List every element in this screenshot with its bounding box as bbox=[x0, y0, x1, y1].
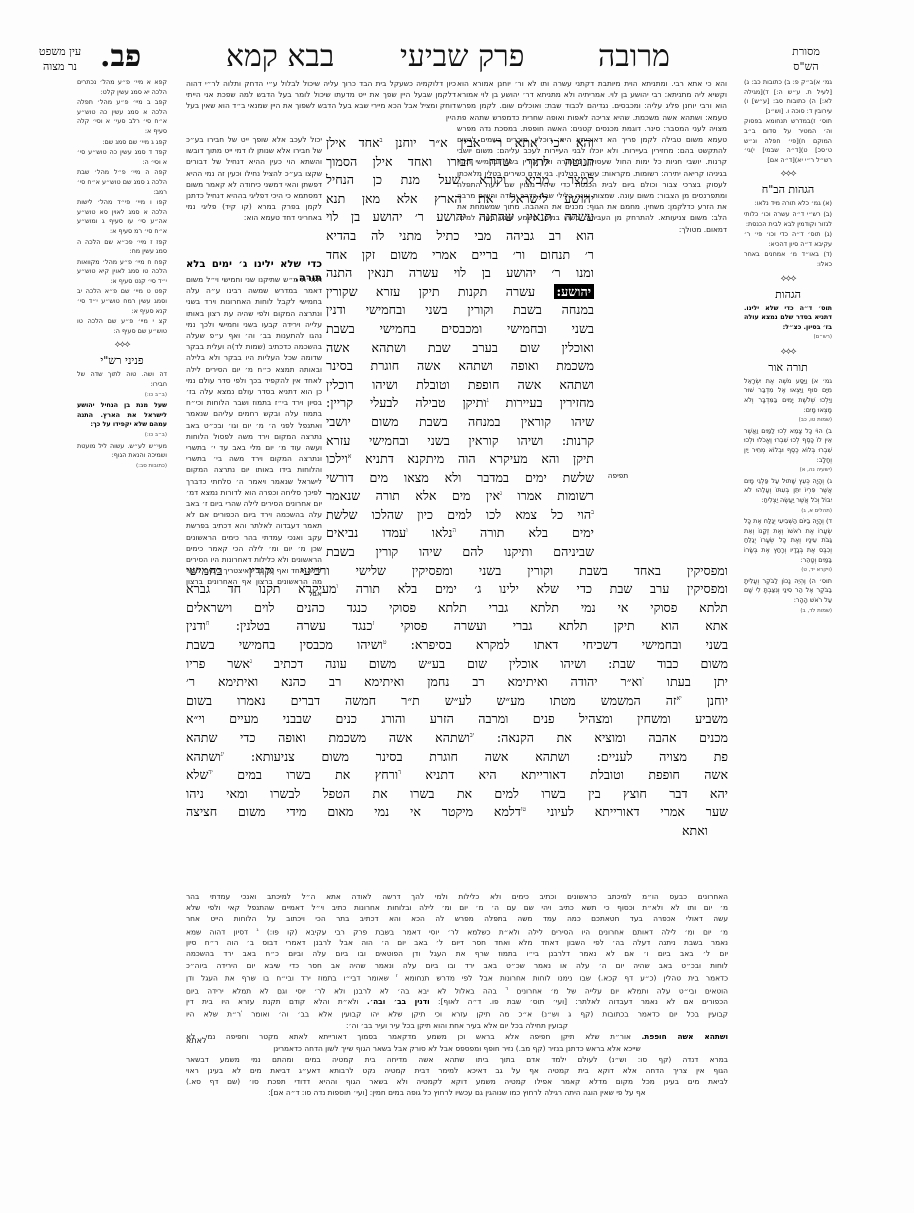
ein-mishpat-column: קפא א מיי׳ פ״ע מהל׳ נכתרים הלכה יא סמג ע… bbox=[77, 78, 167, 472]
tosafot-bottom: האחרונים כבעס הו״מ למיכתב כראשונים וכתיב… bbox=[186, 891, 728, 1099]
folio-number: פב. bbox=[100, 42, 141, 72]
torah-or-source: (ישעיה נה, א) bbox=[744, 466, 832, 476]
footnote-marker: ה bbox=[453, 527, 456, 534]
ein-mishpat-entry: קפו ו מיי׳ פי״ד מהל׳ לישות הלכה א סמג לא… bbox=[77, 198, 167, 236]
gemara-line: והא אכי אתא ר׳ אבין א״ר יוחנן באחד אילן bbox=[326, 134, 594, 153]
tosafot-bottom-line: הגוף אין צריך הדחה אלא דוקא בית קמטיה אף… bbox=[186, 1065, 728, 1076]
tosafot-bottom-line: קבועין תחילה בכל יום אלא בעיר אחת והוא ת… bbox=[186, 1020, 728, 1031]
tosafot-text-2: ולא״ת מ״ש שתיקנו שני וחמישי וי״ל משום דא… bbox=[186, 275, 322, 598]
ein-mishpat-entry: קצ י מיי׳ פ״ע שם הלכה טו טוש״ע שם סעיף ה… bbox=[77, 317, 167, 336]
masoret-label-1: מסורת bbox=[776, 44, 836, 59]
footnote-marker: ד bbox=[505, 986, 508, 992]
footnote-marker: י bbox=[241, 1009, 242, 1015]
gemara-line: פת מצויה לעניים: ושתהא אשה חוגרת בסינר מ… bbox=[186, 748, 728, 767]
tosafot-bottom-line: מ׳ יום ותו לא ולא״ת וכסוף כי תשא כתיב וי… bbox=[186, 902, 728, 913]
pninei-rashi-entry: מעי״ש לע״ש. עשוה ליל מועטת ושמיכה והנאת … bbox=[77, 442, 167, 461]
ein-mishpat-entry: קפח ח מיי׳ פ״ע מהל׳ מקוואות הלכה טו סמג … bbox=[77, 258, 167, 287]
gemara-line: ומפסיקין באחד בשבת וקורין בשני ומפסיקין … bbox=[186, 562, 728, 581]
gemara-line: יהושע: עשרה תקנות תיקן עזרא שקורין bbox=[326, 283, 594, 302]
gemara-line: יוחנן יאזה המשמש מטתו מע״ש לע״ש ת״ר חמשה… bbox=[186, 692, 728, 711]
torah-or-source: (שמות לד, ב) bbox=[744, 607, 832, 617]
gemara-line: שיהו קוראין במנחה בשבת משום יושבי bbox=[326, 413, 594, 432]
footnote-marker: א bbox=[560, 137, 564, 144]
footnote-marker: ו bbox=[406, 527, 408, 534]
gemara-line: בשני ובחמישי דשכיחי דאתו למקרא בסיפרא: ט… bbox=[186, 636, 728, 655]
ein-mishpat-entry: קפב ב מיי׳ פ״ע מהל׳ תפלה הלכה א סמג עשין… bbox=[77, 98, 167, 136]
gemara-line: מחזירין בעיירות גותיקן טבילה לבעלי קריין… bbox=[326, 394, 594, 413]
hagahot-bach-entry: (ג) תוס׳ ד״ה כדי וכו׳ פי׳ ר׳ עקיבא ד״ה ס… bbox=[744, 230, 832, 249]
pninei-rashi-source: (ב״ב כו:) bbox=[77, 431, 167, 441]
footnote-marker: ח bbox=[206, 620, 210, 627]
ein-mishpat-label-1: עין משפט bbox=[30, 44, 90, 59]
tosafot-text: יכול לעכב אלא שופך ייט של חבירו בע״כ של … bbox=[186, 135, 322, 222]
hagahot-source: (רש״ם) bbox=[744, 333, 832, 343]
pninei-rashi-source: (ב״ב כו:) bbox=[77, 391, 167, 401]
gemara-line: עשרה תנאין שהתנה יהושע ר׳ יהושע בן לוי bbox=[326, 208, 594, 227]
gemara-line: קרנות: ושיהו קוראין בשני ובחמישי עזרא bbox=[326, 432, 594, 451]
ein-mishpat-entry: קפד ד סמג עשין כה טוש״ע סי׳ א וסי׳ ה: bbox=[77, 148, 167, 167]
footnote-marker: ד bbox=[398, 769, 401, 776]
tosafot-bottom-line: הכפורים אם לא נאמר דעבדוה לאלתר: [ועי׳ ת… bbox=[186, 996, 728, 1007]
torah-or-entry: ג) וְהָיָה כְּעֵץ שָׁתוּל עַל פַּלְגֵי מ… bbox=[744, 477, 832, 506]
tosafot-bottom-line: לוחות ובכ״ט באב שהיה יום ה׳ עלה או נאמר … bbox=[186, 960, 728, 971]
ornament-divider: ⟡⟡⟡ bbox=[744, 347, 832, 357]
hagahot-entry: תוס׳ ד״ה כדי שלא ילינו. דתניא בסדר שלם נ… bbox=[744, 304, 832, 333]
footnote-marker: יא bbox=[677, 695, 682, 702]
tosafot-bottom-line: הוטאים ובי״ט עלה ותמלא יום עלייה של מ׳ א… bbox=[186, 984, 728, 997]
gemara-line: משום כבוד שבת: ושיהו אוכלין שום בע״ש משו… bbox=[186, 655, 728, 674]
tosafot-bottom-line: כדאמר בית טהלין (כ״ע דף קכא.) שבו נימנו … bbox=[186, 971, 728, 984]
gemara-line: משביע ומשחין ומצהיל פנים ומרבה הזרע והור… bbox=[186, 710, 728, 729]
masoret-label-2: הש"ס bbox=[776, 59, 836, 74]
tosafot-top: כיון דלוקמיה כשעקל בית הבד כרוך עליה שיכ… bbox=[186, 78, 456, 134]
footnote-marker: ג bbox=[500, 490, 502, 497]
footnote-marker: יב bbox=[470, 732, 474, 739]
ornament-divider: ⟡⟡⟡ bbox=[744, 274, 832, 284]
ein-mishpat-label-2: נר מצוה bbox=[30, 59, 90, 74]
torah-or-entry: ד) וְהָיָה בַיּוֹם הַשְּׁבִיעִי יְגַלַּח… bbox=[744, 517, 832, 565]
gemara-line: יהושע לישראל את הארץ אלא מאן תנא bbox=[326, 190, 594, 209]
gemara-line: הנוטה לתוך שדה חבירו ואחד אילן הסמוך bbox=[326, 153, 594, 172]
torah-or-source: (ויקרא יד, ט) bbox=[744, 566, 832, 576]
gemara-line: למצר מביא וקורא שעל מנת כן הנחיל bbox=[326, 171, 594, 190]
gemara-line: רשומות אמרו גאין מים אלא תורה שנאמר bbox=[326, 487, 594, 506]
gemara-highlight-word: יהושע: bbox=[554, 284, 594, 299]
torah-or-source: (שמות טו, כב) bbox=[744, 416, 832, 426]
gemara-line: אתא הוא תיקן תלתא גברי ועשרה פסוקי זכנגד… bbox=[186, 617, 728, 636]
gemara-line: ואוכלין שום בערב שבת ושתהא אשה bbox=[326, 339, 594, 358]
gemara-line: במנחה בשבת וקורין בשני ובחמישי ודנין bbox=[326, 301, 594, 320]
masoret-entry: תוס׳ ז)במדרש תנחומא בפסוק וה׳ המטיר על ס… bbox=[744, 117, 832, 165]
hagahot-bach-entry: (ב) רש״י ד״ה עשרה וכו׳ כלותי לגזור וקודמ… bbox=[744, 210, 832, 229]
tosafot-text-top: כיון דלוקמיה כשעקל בית הבד כרוך עליה שיכ… bbox=[186, 79, 456, 122]
dibbur-hamatchil: ודנין בב׳ ובה׳. bbox=[367, 997, 430, 1006]
tosafot-bottom-line: לביאת מים בעינן מכל מקום מדלא קאמר אפילו… bbox=[186, 1076, 728, 1087]
gemara-line: משכמת ואופה ושתהא אשה חוגרת בסינר bbox=[326, 357, 594, 376]
footnote-marker: ז bbox=[373, 620, 375, 627]
torah-or-entry: תוס׳ ה) וֶהְיֵה נָכוֹן לַבֹּקֶר וְעָלִית… bbox=[744, 577, 832, 606]
dibbur-hamatchil: ושתהא אשה חופפת. bbox=[641, 1032, 728, 1041]
gemara-line: בשני ובחמישי ומכבסים בחמישי בשבת bbox=[326, 320, 594, 339]
tosafot-bottom-line: במרא דנדה (קף סו: וש״נ) לעולם ילמד אדם ב… bbox=[186, 1054, 728, 1065]
footnote-marker: י bbox=[642, 676, 644, 683]
footnote-marker: ב bbox=[591, 509, 594, 516]
masoret-entry: גמ׳ א)ב״ק פ: ב) כתובות כב: ג)[לעיל ת. ע״… bbox=[744, 78, 832, 116]
gemara-line: יתן בעתו יוא״ר יהודה ואיתימא רב נחמן ואי… bbox=[186, 673, 728, 692]
gemara-line: ר׳ תנחום ור׳ בריים אמרי משום זקן אחד bbox=[326, 246, 594, 265]
gemara-line: שביניהם ותיקנו להם שיהו קורין בשבת bbox=[326, 543, 594, 562]
ein-mishpat-entry: קפז ז מיי׳ פכ״א שם הלכה ה סמג עשין מח: bbox=[77, 238, 167, 257]
ein-mishpat-entry: קפה ה מיי׳ פ״ל מהל׳ שבת הלכה ג סמג שם טו… bbox=[77, 168, 167, 197]
footnote-marker: ז bbox=[396, 973, 398, 979]
tosafot-bottom-line: האחרונים כבעס הו״מ למיכתב כראשונים וכתיב… bbox=[186, 891, 728, 902]
ein-mishpat-entry: קפט ט מיי׳ שם פ״א הלכה יב וסמג עשין רמח … bbox=[77, 287, 167, 316]
torah-or-source: (תהלים א, ג) bbox=[744, 507, 832, 517]
pninei-rashi-source: (כתובות סב:) bbox=[77, 462, 167, 472]
footnote-marker: ב bbox=[380, 137, 383, 144]
gemara-line: אשה חופפת וטובלת דאורייתא היא דתניא דורח… bbox=[186, 766, 728, 785]
rashi-catchword: תפיפה bbox=[598, 470, 638, 481]
gemara-line: בהוי כל צמא לכו למים כיון שהלכו שלשת bbox=[326, 506, 594, 525]
footnote-marker: ג bbox=[250, 657, 252, 664]
pninei-rashi-entry: דה ושה. טוה לתוך שדה של חבירו: bbox=[77, 370, 167, 389]
tractate-name: בבא קמא bbox=[226, 42, 334, 72]
masoret-hashas-column: גמ׳ א)ב״ק פ: ב) כתובות כב: ג)[לעיל ת. ע״… bbox=[744, 78, 832, 617]
chapter-number: פרק שביעי bbox=[400, 42, 524, 72]
gemara-line: יהא דבר חוצץ בין בשרו למים את בשרו את הט… bbox=[186, 785, 728, 804]
gemara-line: ומנו ר׳ יהושע בן לוי עשרה תנאין התנה bbox=[326, 264, 594, 283]
hagahot-title: הגהות bbox=[744, 287, 832, 303]
chapter-title: מרובה bbox=[598, 42, 670, 72]
gemara-line: ואתא bbox=[166, 822, 728, 841]
tosafot-bottom-line: נאמר בשבת ניתנה דעלה בה׳ לפי השבון דאחד … bbox=[186, 937, 728, 948]
hagahot-bach-entry: (ד) באו״ד מ׳ אמחנים באחר כאלו: bbox=[744, 250, 832, 269]
footnote-marker: ט bbox=[383, 639, 387, 646]
gemara-line: ומפסיקין ערב שבת כדי שלא ילינו ג׳ ימים ב… bbox=[186, 580, 728, 599]
tosafot-bottom-line: עשה דאולי אכפרה בעד חטאתכם כמה עמד משה ב… bbox=[186, 913, 728, 924]
gemara-line: תלתא פסוקי אי נמי תלתא גברי תלתא פסוקי כ… bbox=[186, 599, 728, 618]
footnote-marker: יג bbox=[221, 750, 225, 757]
hagahot-bach-entry: (א) גמ׳ כלא תורה מיד נלאו: bbox=[744, 199, 832, 209]
tosafot-bottom-line: מ׳ יום ומ׳ לילה דאותם אחרונים היו הסירים… bbox=[186, 925, 728, 938]
torah-or-entry: גמ׳ א) וַיַּסַּע מֹשֶׁה אֶת יִשְׂרָאֵל מ… bbox=[744, 377, 832, 415]
tosafot-bottom-line: אף על פי שאין הוגה היתה רגילה לרחוץ כמו … bbox=[186, 1087, 728, 1098]
gemara-text: והא אכי אתא ר׳ אבין א״ר יוחנן באחד אילןה… bbox=[326, 134, 594, 841]
gemara-line: שער אמרי דאורייתא לעיוני טודלמא מיקטר אי… bbox=[186, 803, 728, 822]
gemara-line: ימים בלא תורה הנלאו ועמדו נביאים bbox=[326, 524, 594, 543]
tosafot-column: יכול לעכב אלא שופך ייט של חבירו בע״כ של … bbox=[186, 134, 322, 256]
tosafot-bottom-line: יום ל׳ באב ביום ו׳ אם לא נאמר דלרבנן בי״… bbox=[186, 948, 728, 959]
gemara-line: הוא רב גביהה מבי כתיל מתני לה בהדיא bbox=[326, 227, 594, 246]
ein-mishpat-header: עין משפט נר מצוה bbox=[30, 44, 90, 74]
gemara-line: תיקן והא מעיקרא הוה מיתקנא דתניא אוילכו bbox=[326, 450, 594, 469]
gemara-line: שלשת ימים במדבר ולא מצאו מים דורשי bbox=[326, 469, 594, 488]
footnote-marker: א bbox=[348, 453, 352, 460]
tosafot-bottom-line: קבועין בכל יום כדאמר בכתובות (קף ג וש״נ)… bbox=[186, 1007, 728, 1020]
gemara-line: מכנים אהבה ומוציא את הקנאה: יבושתהא אשה … bbox=[186, 729, 728, 748]
footnote-marker: ג bbox=[487, 397, 489, 404]
tosafot-bottom-line: ושתהא אשה חופפת. אור״ת שלא תיקן חפיפה אל… bbox=[186, 1031, 728, 1042]
page-catchword: לאתא bbox=[186, 1036, 207, 1045]
gemara-line: ושתהא אשה חופפת וטובלת ושיהו רוכלין bbox=[326, 376, 594, 395]
masoret-hashas-header: מסורת הש"ס bbox=[776, 44, 836, 74]
ein-mishpat-entry: קפג ג מיי׳ שם סמג שם: bbox=[77, 138, 167, 148]
pninei-rashi-entry: שעל מנת בן הנחיל יהושע לישראל את הארץ. ה… bbox=[77, 401, 167, 430]
torah-or-title: תורה אור bbox=[744, 360, 832, 376]
footnote-marker: טו bbox=[521, 806, 526, 813]
tosafot-bottom-line: שייכא אלא בראש כדתנן בנזיר (קף מב.) נזיר… bbox=[186, 1043, 728, 1054]
pninei-rashi-title: פניני רש"י bbox=[77, 353, 167, 369]
torah-or-entry: ב) הוֹי כָּל צָמֵא לְכוּ לַמַּיִם וַאֲשֶ… bbox=[744, 427, 832, 465]
ornament-divider: ⟡⟡⟡ bbox=[77, 340, 167, 350]
footnote-marker: ו bbox=[337, 583, 339, 590]
ornament-divider: ⟡⟡⟡ bbox=[744, 169, 832, 179]
footnote-marker: יד bbox=[208, 769, 212, 776]
footnote-marker: ג bbox=[256, 927, 258, 933]
hagahot-bach-title: הגהות הב"ח bbox=[744, 182, 832, 198]
ein-mishpat-entry: קפא א מיי׳ פ״ע מהל׳ נכתרים הלכה יא סמג ע… bbox=[77, 78, 167, 97]
